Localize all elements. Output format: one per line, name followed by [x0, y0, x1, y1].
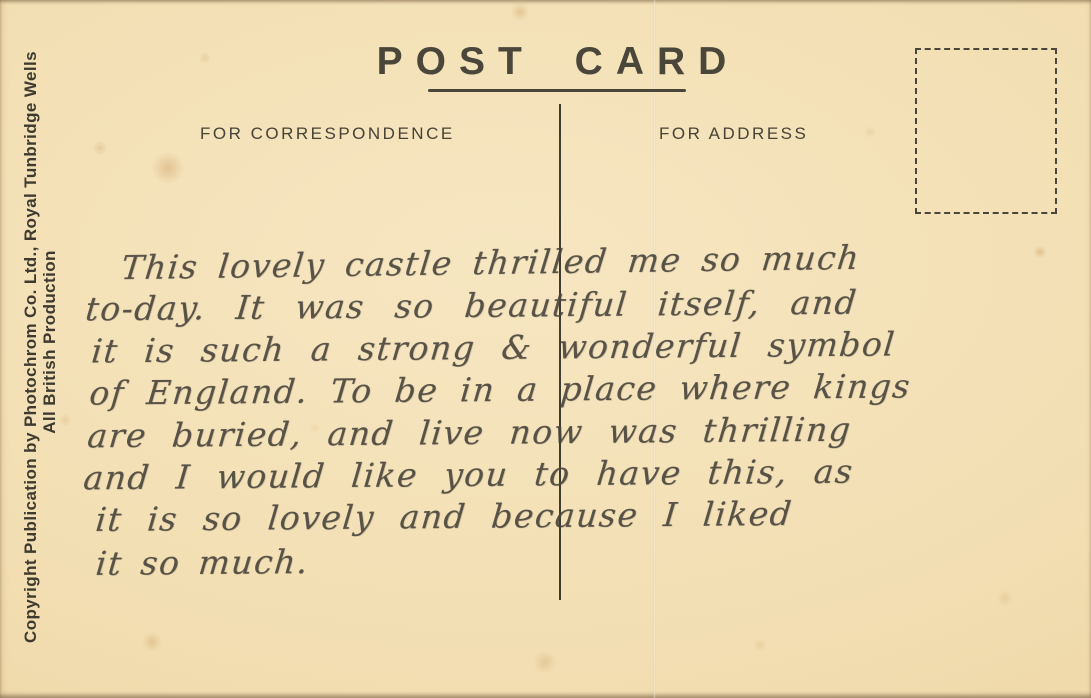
- production-imprint: All British Production: [40, 250, 60, 434]
- publisher-imprint: Copyright Publication by Photochrom Co. …: [21, 51, 41, 643]
- message-line: and I would like you to have this, as: [82, 452, 856, 498]
- address-label: FOR ADDRESS: [659, 124, 808, 144]
- title-underline: [428, 89, 686, 92]
- message-line: of England. To be in a place where kings: [88, 366, 913, 412]
- message-line: it is so lovely and because I liked: [94, 494, 795, 539]
- correspondence-label: FOR CORRESPONDENCE: [200, 124, 455, 144]
- postcard-back: POST CARD FOR CORRESPONDENCE FOR ADDRESS…: [0, 0, 1091, 698]
- message-line: it so much.: [94, 542, 311, 583]
- message-line: This lovely castle thrilled me so much: [119, 238, 862, 287]
- message-line: it is such a strong & wonderful symbol: [90, 324, 898, 370]
- message-line: to-day. It was so beautiful itself, and: [84, 283, 859, 329]
- stamp-box: [915, 48, 1057, 214]
- message-line: are buried, and live now was thrilling: [86, 410, 854, 456]
